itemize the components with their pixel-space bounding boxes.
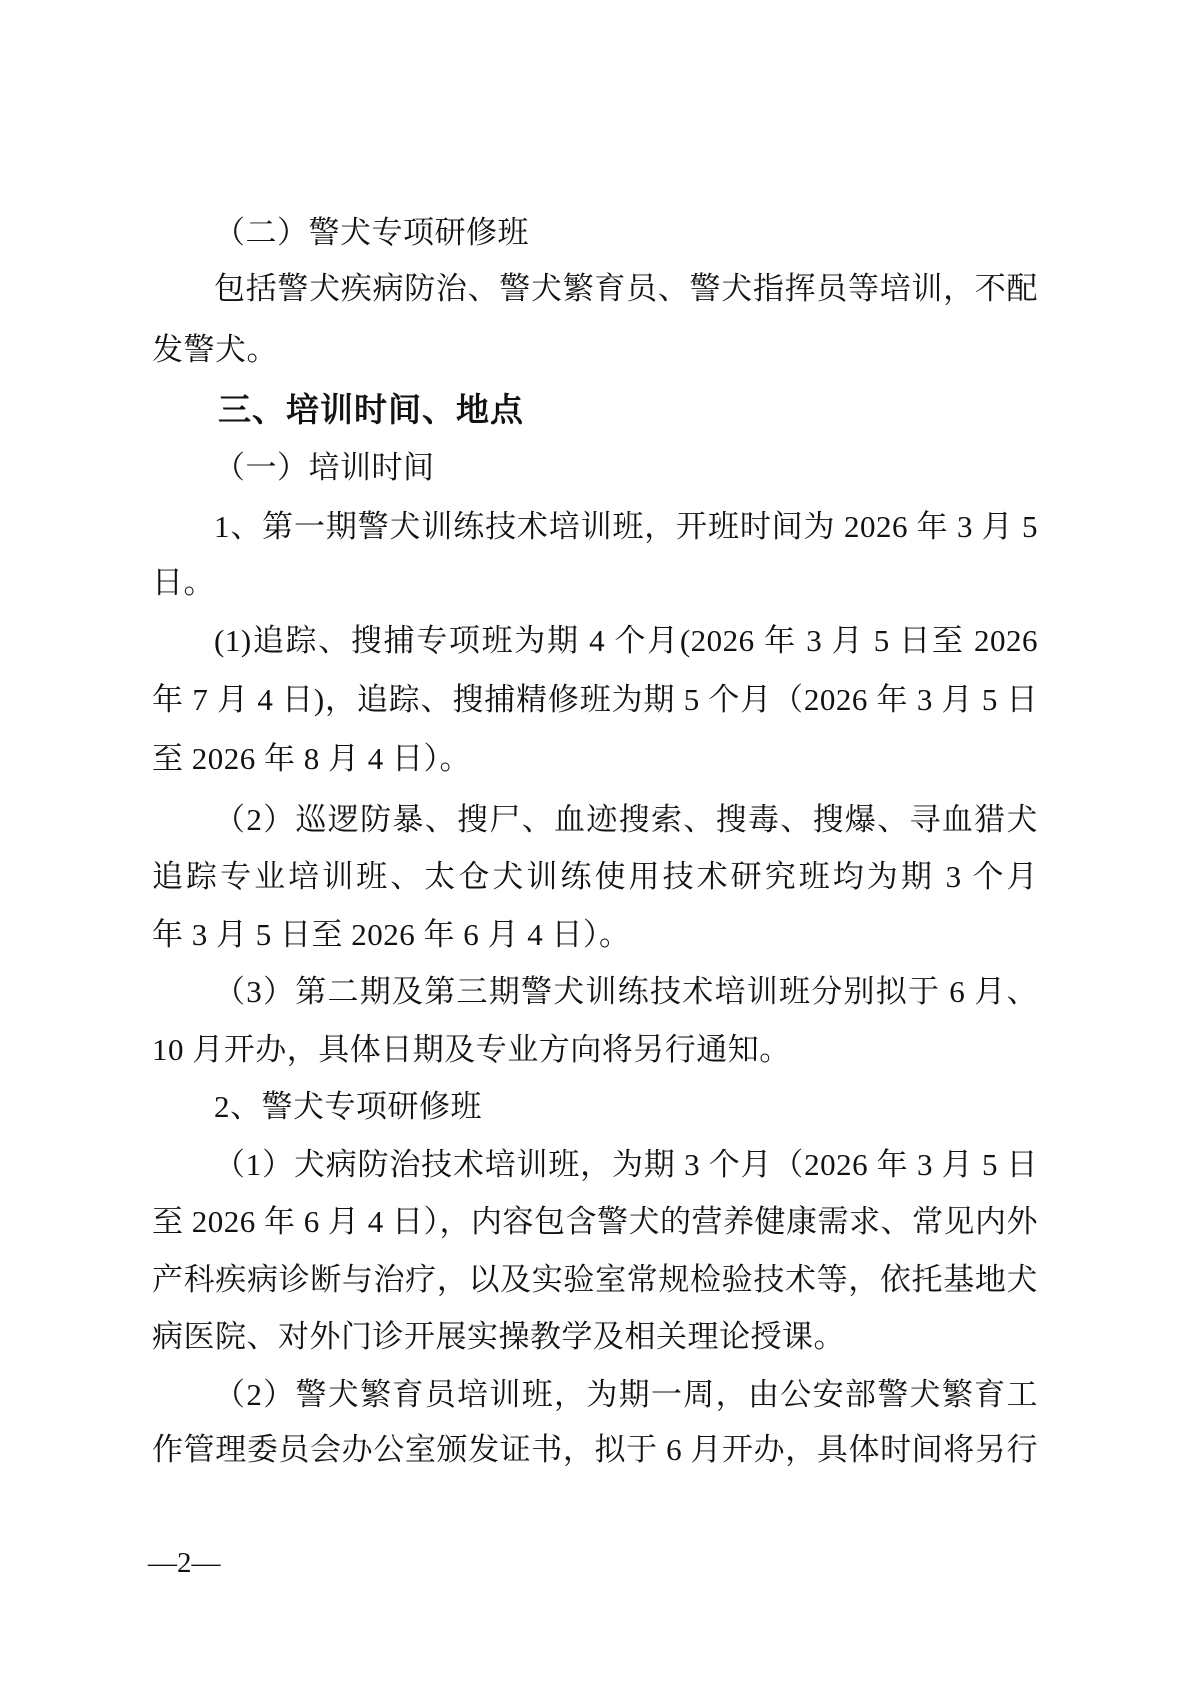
text-line: 日。: [152, 554, 1038, 612]
text-line: 至 2026 年 6 月 4 日），内容包含警犬的营养健康需求、常见内外: [152, 1193, 1038, 1251]
text-line: 年 7 月 4 日)，追踪、搜捕精修班为期 5 个月（2026 年 3 月 5 …: [152, 671, 1038, 729]
text-line: 追踪专业培训班、太仓犬训练使用技术研究班均为期 3 个月(2026: [152, 848, 1038, 906]
text-line: (1)追踪、搜捕专项班为期 4 个月(2026 年 3 月 5 日至 2026: [152, 612, 1038, 670]
text-line: （2）警犬繁育员培训班，为期一周，由公安部警犬繁育工: [152, 1366, 1038, 1424]
text-line: （一）培训时间: [152, 439, 1038, 497]
text-line: 2、警犬专项研修班: [152, 1078, 1038, 1136]
document-page: （二）警犬专项研修班包括警犬疾病防治、警犬繁育员、警犬指挥员等培训，不配发警犬。…: [0, 0, 1190, 1683]
text-line: 发警犬。: [152, 321, 1038, 379]
text-line: 至 2026 年 8 月 4 日）。: [152, 730, 1038, 788]
text-line: 年 3 月 5 日至 2026 年 6 月 4 日）。: [152, 906, 1038, 964]
page-number: —2—: [148, 1545, 221, 1581]
text-line: 作管理委员会办公室颁发证书，拟于 6 月开办，具体时间将另行: [152, 1421, 1038, 1479]
text-line: （二）警犬专项研修班: [152, 204, 1038, 262]
text-line: （1）犬病防治技术培训班，为期 3 个月（2026 年 3 月 5 日: [152, 1136, 1038, 1194]
text-line: 10 月开办，具体日期及专业方向将另行通知。: [152, 1021, 1038, 1079]
text-line: 产科疾病诊断与治疗，以及实验室常规检验技术等，依托基地犬: [152, 1251, 1038, 1309]
text-line: 1、第一期警犬训练技术培训班，开班时间为 2026 年 3 月 5: [152, 498, 1038, 556]
text-line: （3）第二期及第三期警犬训练技术培训班分别拟于 6 月、: [152, 963, 1038, 1021]
text-line: 包括警犬疾病防治、警犬繁育员、警犬指挥员等培训，不配: [152, 260, 1038, 318]
text-block: （二）警犬专项研修班包括警犬疾病防治、警犬繁育员、警犬指挥员等培训，不配发警犬。…: [0, 0, 1190, 1683]
text-line: 三、培训时间、地点: [152, 381, 1038, 439]
text-line: （2）巡逻防暴、搜尸、血迹搜索、搜毒、搜爆、寻血猎犬: [152, 791, 1038, 849]
text-line: 病医院、对外门诊开展实操教学及相关理论授课。: [152, 1308, 1038, 1366]
